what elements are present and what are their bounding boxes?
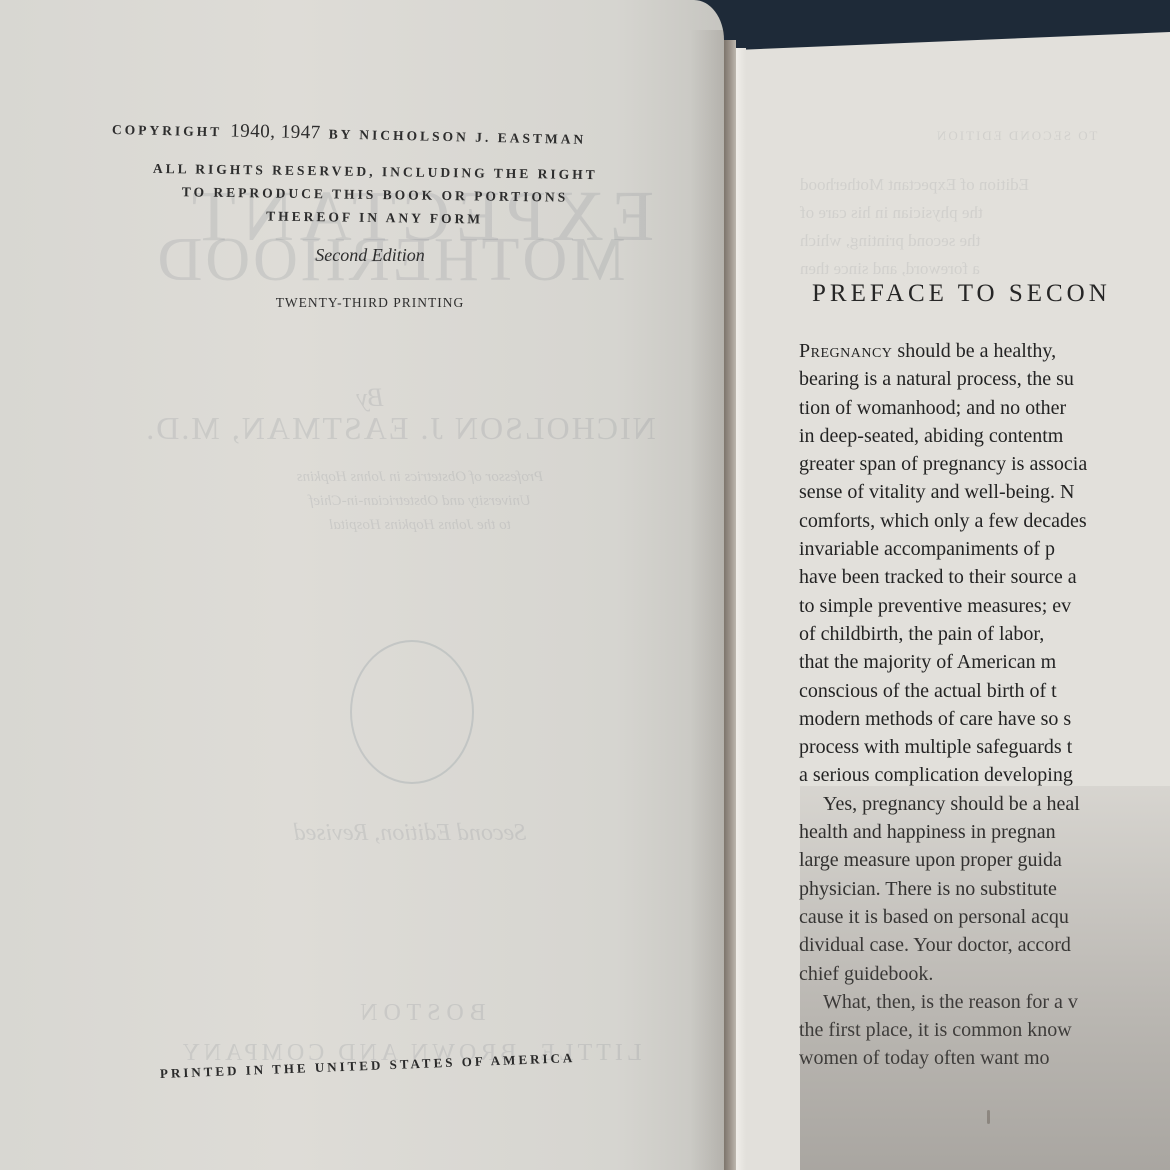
show-through-header: TO SECOND EDITION: [935, 128, 1097, 144]
show-through-description-line: Professor of Obstetrics in Johns Hopkins: [210, 465, 630, 489]
show-through-by: By: [300, 383, 440, 413]
text-line: have been tracked to their source a: [799, 563, 1170, 591]
show-through-city: BOSTON: [320, 1000, 520, 1027]
text-line: process with multiple safeguards t: [799, 733, 1170, 761]
text-line: Pregnancy should be a healthy,: [799, 337, 1170, 365]
right-page-edge: [736, 48, 746, 1170]
show-through-author: NICHOLSON J. EASTMAN, M.D.: [130, 410, 670, 447]
left-page-curl-shadow: [690, 30, 724, 1170]
text-line: greater span of pregnancy is associa: [799, 450, 1170, 478]
text-line: to simple preventive measures; ev: [799, 592, 1170, 620]
edition-label: Second Edition: [120, 245, 620, 266]
text-line: invariable accompaniments of p: [799, 535, 1170, 563]
copyright-prefix: COPYRIGHT: [112, 122, 223, 139]
show-through-line: Edition of Expectant Motherhood: [800, 175, 1029, 195]
book-gutter: [724, 40, 736, 1170]
show-through-description-line: to the Johns Hopkins Hospital: [210, 513, 630, 537]
text-line: comforts, which only a few decades: [799, 507, 1170, 535]
text-line: sense of vitality and well-being. N: [799, 478, 1170, 506]
text-line: that the majority of American m: [799, 648, 1170, 676]
show-through-description-line: University and Obstetrician-in-Chief: [210, 489, 630, 513]
text-line: modern methods of care have so s: [799, 705, 1170, 733]
printing-label: TWENTY-THIRD PRINTING: [120, 295, 620, 311]
text-line: of childbirth, the pain of labor,: [799, 620, 1170, 648]
show-through-description: Professor of Obstetrics in Johns Hopkins…: [210, 465, 630, 537]
text-line: tion of womanhood; and no other: [799, 394, 1170, 422]
paper-speck: [987, 1110, 990, 1124]
show-through-line: the physician in his care of: [800, 203, 983, 223]
right-page-shadow: [800, 786, 1170, 1170]
show-through-edition-note: Second Edition, Revised: [250, 820, 570, 847]
rights-notice: ALL RIGHTS RESERVED, INCLUDING THE RIGHT…: [120, 156, 631, 232]
text-line: in deep-seated, abiding contentm: [799, 422, 1170, 450]
publisher-logo-show-through: [350, 640, 474, 784]
show-through-line: a foreword, and since then: [800, 259, 980, 279]
show-through-line: the second printing, which: [800, 231, 980, 251]
text-line: bearing is a natural process, the su: [799, 365, 1170, 393]
lead-word: Pregnancy: [799, 340, 892, 362]
copyright-years: 1940, 1947: [230, 120, 321, 143]
text-line: conscious of the actual birth of t: [799, 677, 1170, 705]
preface-heading: PREFACE TO SECON: [812, 280, 1111, 308]
text-fragment: should be a healthy,: [892, 340, 1056, 362]
copyright-holder: BY NICHOLSON J. EASTMAN: [329, 127, 587, 147]
